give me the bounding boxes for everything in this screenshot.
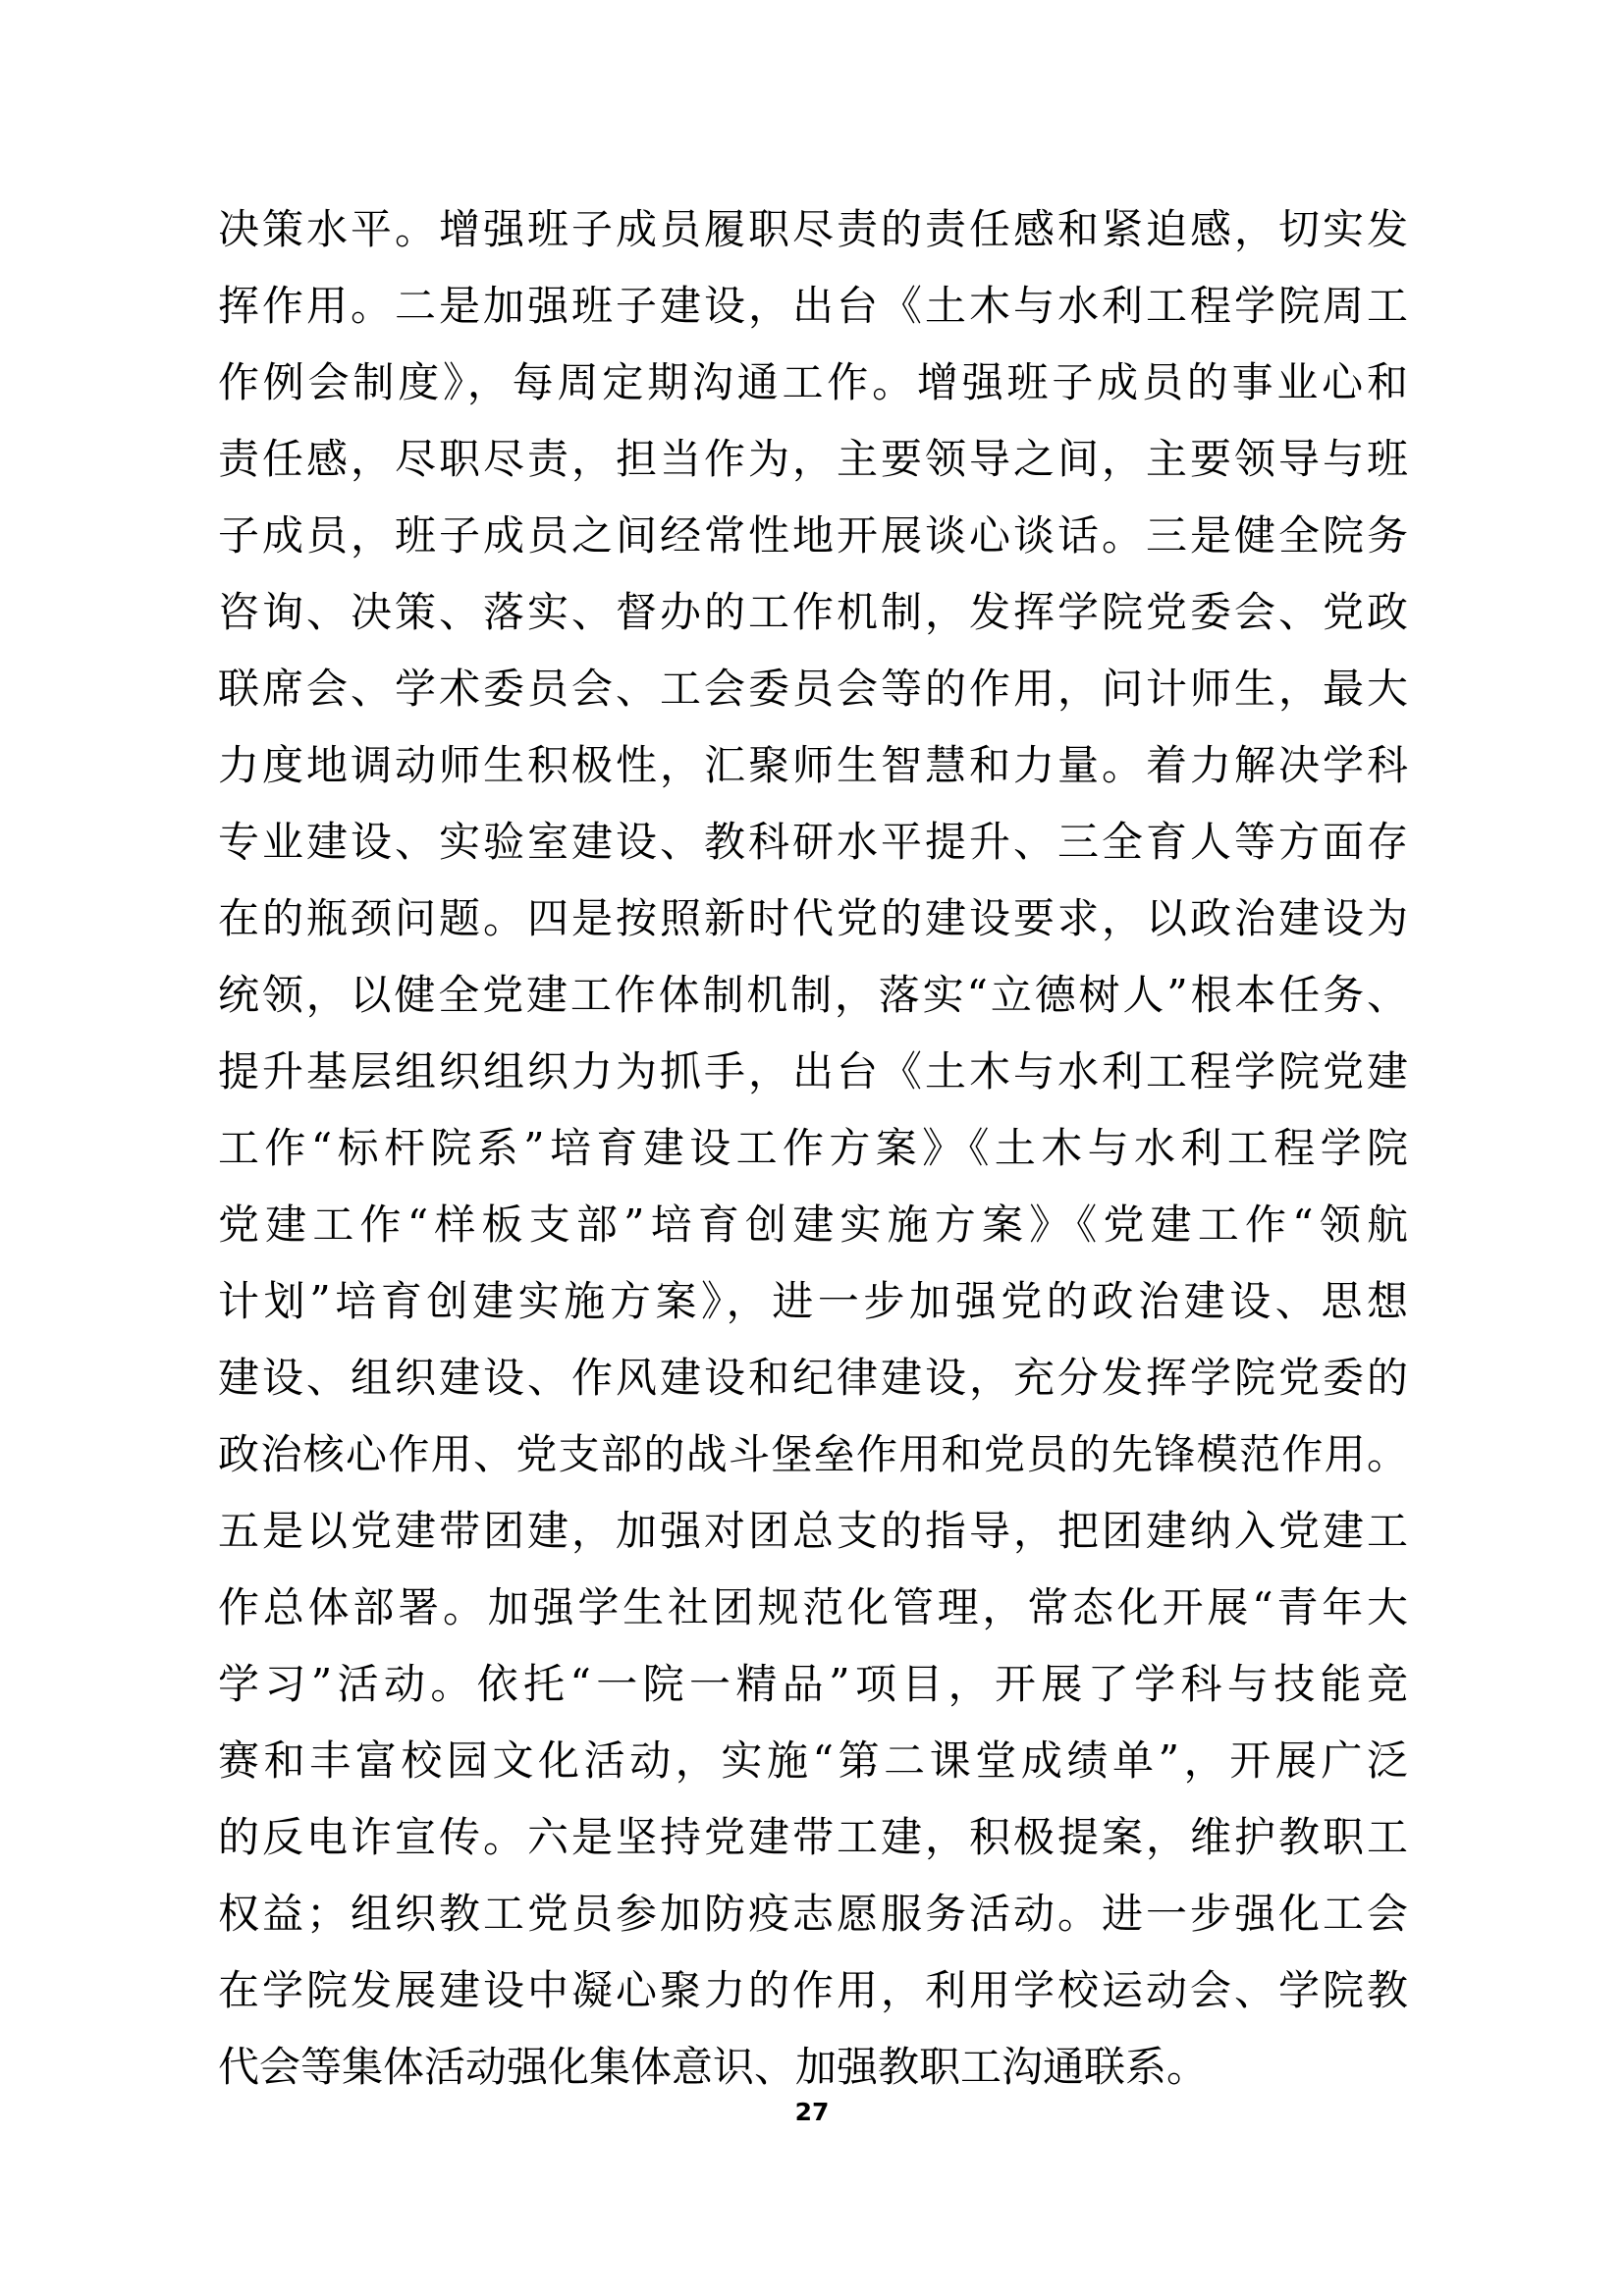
text-line: 作总体部署。加强学生社团规范化管理，常态化开展“青年大 [218,1570,1408,1646]
text-line: 力度地调动师生积极性，汇聚师生智慧和力量。着力解决学科 [218,727,1408,804]
page-number: 27 [0,2099,1624,2126]
text-line: 统领，以健全党建工作体制机制，落实“立德树人”根本任务、 [218,957,1408,1034]
text-line: 工作“标杆院系”培育建设工作方案》《土木与水利工程学院 [218,1110,1408,1187]
text-line: 在学院发展建设中凝心聚力的作用，利用学校运动会、学院教 [218,1952,1408,2029]
text-line: 五是以党建带团建，加强对团总支的指导，把团建纳入党建工 [218,1493,1408,1570]
text-line: 学习”活动。依托“一院一精品”项目，开展了学科与技能竞 [218,1646,1408,1723]
text-line: 作例会制度》，每周定期沟通工作。增强班子成员的事业心和 [218,345,1408,421]
text-line: 联席会、学术委员会、工会委员会等的作用，问计师生，最大 [218,651,1408,727]
text-line: 建设、组织建设、作风建设和纪律建设，充分发挥学院党委的 [218,1340,1408,1416]
text-line: 权益；组织教工党员参加防疫志愿服务活动。进一步强化工会 [218,1876,1408,1952]
text-line: 挥作用。二是加强班子建设，出台《土木与水利工程学院周工 [218,268,1408,345]
text-line: 提升基层组织组织力为抓手，出台《土木与水利工程学院党建 [218,1034,1408,1110]
text-line: 在的瓶颈问题。四是按照新时代党的建设要求，以政治建设为 [218,881,1408,957]
document-page: 决策水平。增强班子成员履职尽责的责任感和紧迫感，切实发 挥作用。二是加强班子建设… [0,0,1624,2296]
text-line: 咨询、决策、落实、督办的工作机制，发挥学院党委会、党政 [218,574,1408,651]
text-line: 责任感，尽职尽责，担当作为，主要领导之间，主要领导与班 [218,421,1408,498]
text-line: 计划”培育创建实施方案》，进一步加强党的政治建设、思想 [218,1263,1408,1340]
body-text-block: 决策水平。增强班子成员履职尽责的责任感和紧迫感，切实发 挥作用。二是加强班子建设… [218,191,1408,2106]
text-line: 子成员，班子成员之间经常性地开展谈心谈话。三是健全院务 [218,498,1408,574]
text-line: 代会等集体活动强化集体意识、加强教职工沟通联系。 [218,2029,1408,2106]
text-line: 专业建设、实验室建设、教科研水平提升、三全育人等方面存 [218,804,1408,881]
text-line: 的反电诈宣传。六是坚持党建带工建，积极提案，维护教职工 [218,1799,1408,1876]
text-line: 政治核心作用、党支部的战斗堡垒作用和党员的先锋模范作用。 [218,1416,1408,1493]
text-line: 赛和丰富校园文化活动，实施“第二课堂成绩单”，开展广泛 [218,1723,1408,1799]
text-line: 决策水平。增强班子成员履职尽责的责任感和紧迫感，切实发 [218,191,1408,268]
text-line: 党建工作“样板支部”培育创建实施方案》《党建工作“领航 [218,1187,1408,1263]
